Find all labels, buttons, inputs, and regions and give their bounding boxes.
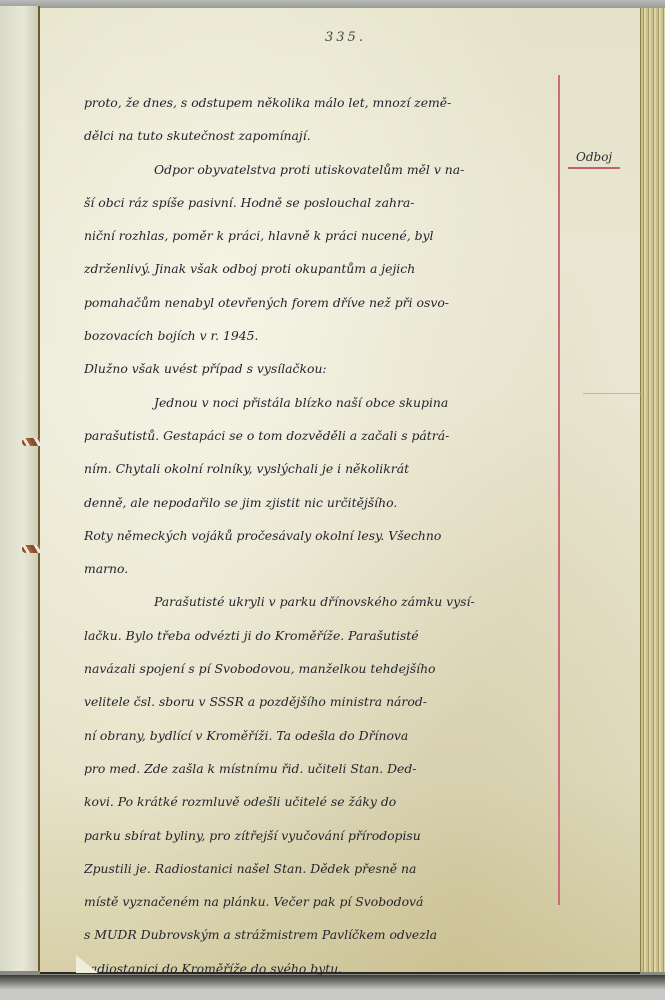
text-line: Parašutisté ukryli v parku dřínovského z… bbox=[84, 585, 559, 618]
text-line: denně, ale nepodařilo se jim zjistit nic… bbox=[84, 486, 559, 519]
left-page-edge bbox=[0, 6, 40, 971]
text-line: Jednou v noci přistála blízko naší obce … bbox=[84, 386, 559, 419]
text-line: niční rozhlas, poměr k práci, hlavně k p… bbox=[84, 219, 559, 252]
text-line: parašutistů. Gestapáci se o tom dozvěděl… bbox=[84, 419, 559, 452]
text-line: Zpustili je. Radiostanici našel Stan. Dě… bbox=[84, 852, 559, 885]
handwritten-text-body: proto, že dnes, s odstupem několika málo… bbox=[84, 86, 559, 985]
margin-note-underline bbox=[568, 167, 620, 169]
text-line: ší obci ráz spíše pasivní. Hodně se posl… bbox=[84, 186, 559, 219]
page-number: 335. bbox=[325, 30, 366, 45]
text-line: dělci na tuto skutečnost zapomínají. bbox=[84, 119, 559, 152]
text-line: Odpor obyvatelstva proti utiskovatelům m… bbox=[84, 153, 559, 186]
text-line: kovi. Po krátké rozmluvě odešli učitelé … bbox=[84, 785, 559, 818]
text-line: proto, že dnes, s odstupem několika málo… bbox=[84, 86, 559, 119]
scanner-background-bottom bbox=[0, 975, 665, 1000]
text-line: ním. Chytali okolní rolníky, vyslýchali … bbox=[84, 452, 559, 485]
text-line: marno. bbox=[84, 552, 559, 585]
margin-note: Odboj bbox=[576, 150, 612, 164]
text-line: lačku. Bylo třeba odvézti ji do Kroměříž… bbox=[84, 619, 559, 652]
text-line: pro med. Zde zašla k místnímu řid. učite… bbox=[84, 752, 559, 785]
text-line: s MUDR Dubrovským a strážmistrem Pavlíčk… bbox=[84, 918, 559, 951]
text-line: navázali spojení s pí Svobodovou, manžel… bbox=[84, 652, 559, 685]
folded-corner bbox=[76, 955, 98, 973]
margin-faint-line bbox=[583, 393, 643, 394]
text-line: Dlužno však uvést případ s vysílačkou: bbox=[84, 352, 559, 385]
text-line: pomahačům nenabyl otevřených forem dříve… bbox=[84, 286, 559, 319]
text-line: parku sbírat byliny, pro zítřejší vyučov… bbox=[84, 819, 559, 852]
text-line: bozovacích bojích v r. 1945. bbox=[84, 319, 559, 352]
text-line: Roty německých vojáků pročesávaly okolní… bbox=[84, 519, 559, 552]
stacked-page-edges bbox=[640, 8, 665, 972]
text-line: zdrženlivý. Jinak však odboj proti okupa… bbox=[84, 252, 559, 285]
text-line: místě vyznačeném na plánku. Večer pak pí… bbox=[84, 885, 559, 918]
text-line: ní obrany, bydlící v Kroměříži. Ta odešl… bbox=[84, 719, 559, 752]
text-line: velitele čsl. sboru v SSSR a pozdějšího … bbox=[84, 685, 559, 718]
